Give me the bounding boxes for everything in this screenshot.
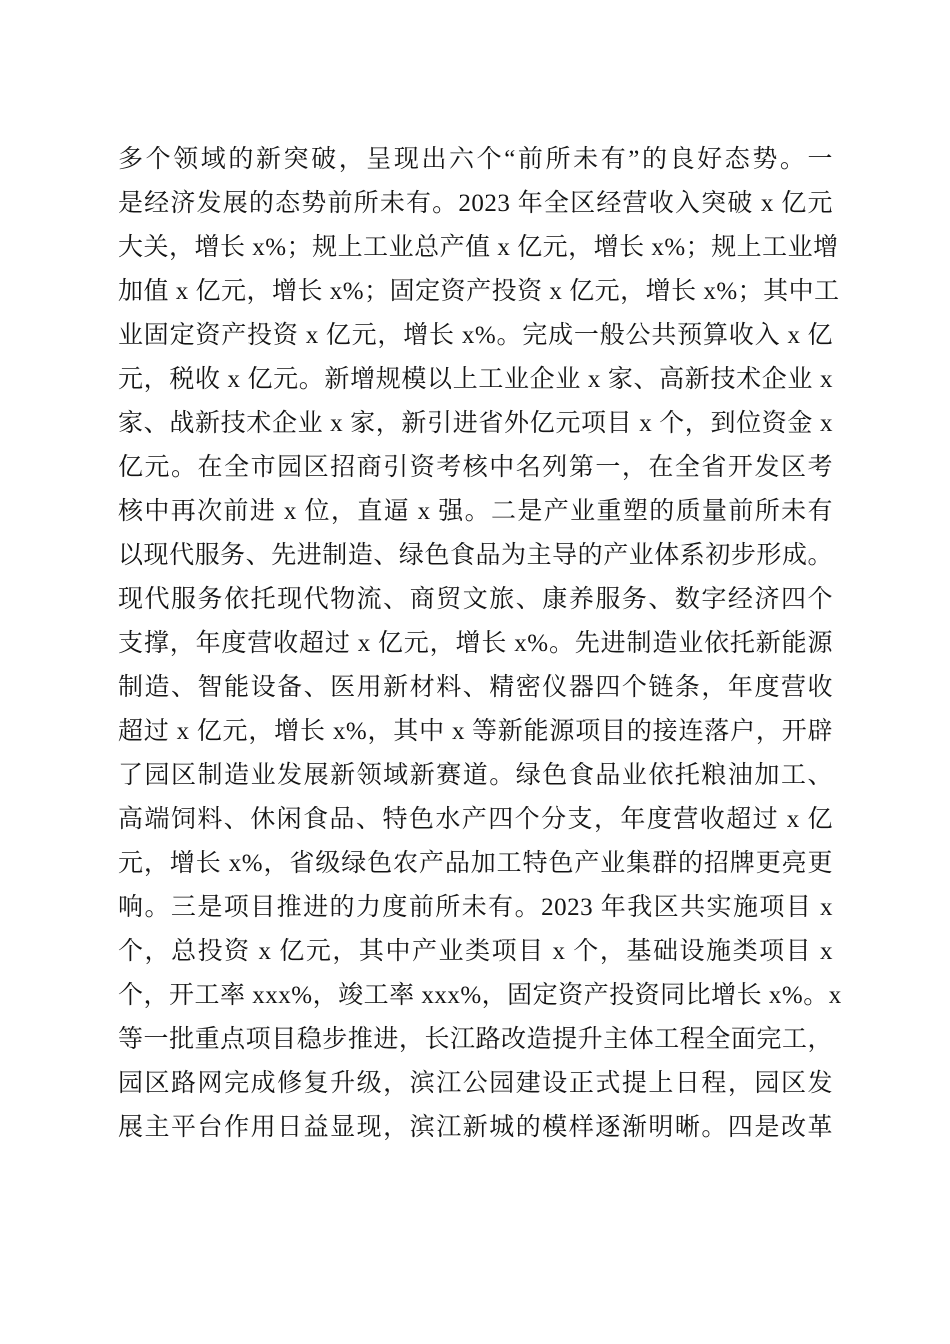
text-line: 制造、智能设备、医用新材料、精密仪器四个链条，年度营收 [118, 666, 833, 710]
document-page: 多个领域的新突破，呈现出六个“前所未有”的良好态势。一 是经济发展的态势前所未有… [0, 0, 950, 1344]
text-line: 亿元。在全市园区招商引资考核中名列第一，在全省开发区考 [118, 446, 833, 490]
text-line: 支撑，年度营收超过 x 亿元，增长 x%。先进制造业依托新能源 [118, 622, 833, 666]
text-line: 个，开工率 xxx%，竣工率 xxx%，固定资产投资同比增长 x%。x [118, 974, 833, 1018]
text-line: 家、战新技术企业 x 家，新引进省外亿元项目 x 个，到位资金 x [118, 402, 833, 446]
text-line: 加值 x 亿元，增长 x%；固定资产投资 x 亿元，增长 x%；其中工 [118, 270, 833, 314]
text-line: 元，税收 x 亿元。新增规模以上工业企业 x 家、高新技术企业 x [118, 358, 833, 402]
text-line: 核中再次前进 x 位，直逼 x 强。二是产业重塑的质量前所未有 [118, 490, 833, 534]
text-line: 高端饲料、休闲食品、特色水产四个分支，年度营收超过 x 亿 [118, 798, 833, 842]
text-line: 园区路网完成修复升级，滨江公园建设正式提上日程，园区发 [118, 1062, 833, 1106]
text-line: 是经济发展的态势前所未有。2023 年全区经营收入突破 x 亿元 [118, 182, 833, 226]
text-line: 多个领域的新突破，呈现出六个“前所未有”的良好态势。一 [118, 138, 833, 182]
text-line: 业固定资产投资 x 亿元，增长 x%。完成一般公共预算收入 x 亿 [118, 314, 833, 358]
text-line: 以现代服务、先进制造、绿色食品为主导的产业体系初步形成。 [118, 534, 833, 578]
text-line: 等一批重点项目稳步推进，长江路改造提升主体工程全面完工， [118, 1018, 833, 1062]
text-line: 超过 x 亿元，增长 x%，其中 x 等新能源项目的接连落户，开辟 [118, 710, 833, 754]
text-line: 现代服务依托现代物流、商贸文旅、康养服务、数字经济四个 [118, 578, 833, 622]
text-line: 大关，增长 x%；规上工业总产值 x 亿元，增长 x%；规上工业增 [118, 226, 833, 270]
text-line: 展主平台作用日益显现，滨江新城的模样逐渐明晰。四是改革 [118, 1106, 833, 1150]
text-line: 元，增长 x%，省级绿色农产品加工特色产业集群的招牌更亮更 [118, 842, 833, 886]
text-line: 响。三是项目推进的力度前所未有。2023 年我区共实施项目 x [118, 886, 833, 930]
body-text-paragraph: 多个领域的新突破，呈现出六个“前所未有”的良好态势。一 是经济发展的态势前所未有… [118, 138, 833, 1150]
text-line: 个，总投资 x 亿元，其中产业类项目 x 个，基础设施类项目 x [118, 930, 833, 974]
text-line: 了园区制造业发展新领域新赛道。绿色食品业依托粮油加工、 [118, 754, 833, 798]
